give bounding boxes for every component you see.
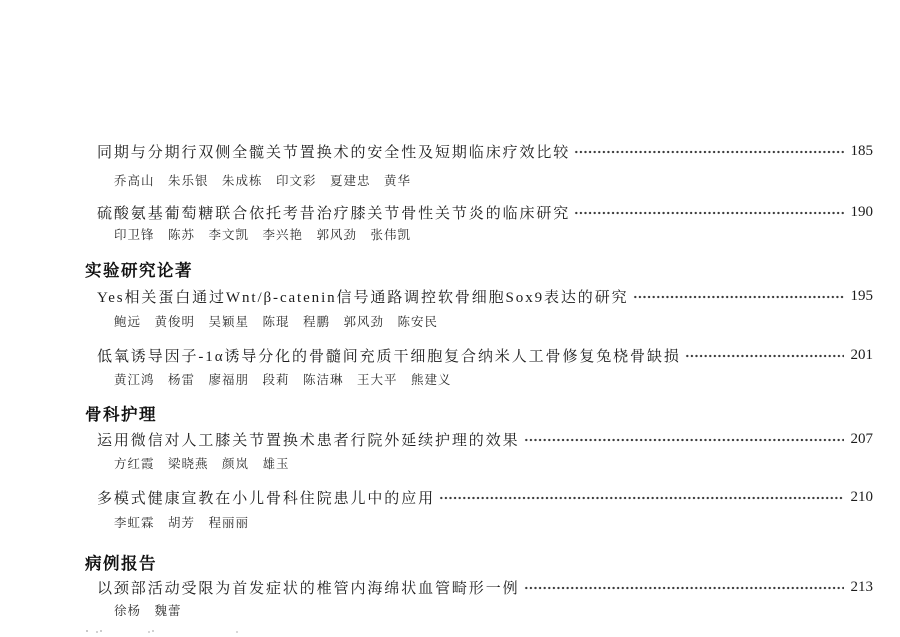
article-title: 低氧诱导因子-1α诱导分化的骨髓间充质干细胞复合纳米人工骨修复兔桡骨缺损 [97,345,681,366]
toc-entry-row: 多模式健康宣教在小儿骨科住院患儿中的应用 210 [97,486,873,508]
section-heading: 实验研究论著 [85,257,193,279]
dot-leader [439,486,843,508]
toc-entry-row: 以颈部活动受限为首发症状的椎管内海绵状血管畸形一例 213 [97,576,873,598]
article-title: 运用微信对人工膝关节置换术患者行院外延续护理的效果 [97,429,520,450]
dot-leader [685,344,844,366]
author-line: 徐杨 魏蕾 [114,601,182,619]
toc-page: 同期与分期行双侧全髋关节置换术的安全性及短期临床疗效比较 185 乔高山 朱乐银… [0,0,900,637]
toc-entry-row: 同期与分期行双侧全髋关节置换术的安全性及短期临床疗效比较 185 [97,140,873,162]
author-line: 乔高山 朱乐银 朱成栋 印文彩 夏建忠 黄华 [114,171,411,189]
dot-leader [633,285,844,307]
section-heading: 病例报告 [85,550,157,572]
author-line: 鲍远 黄俊明 吴颖星 陈琨 程鹏 郭风劲 陈安民 [114,312,438,330]
page-number: 201 [851,347,874,364]
dot-leader [524,428,844,450]
toc-entry-row: Yes相关蛋白通过Wnt/β-catenin信号通路调控软骨细胞Sox9表达的研… [97,285,873,307]
section-heading: 骨科护理 [85,401,157,423]
article-title: 硫酸氨基葡萄糖联合依托考昔治疗膝关节骨性关节炎的临床研究 [97,202,570,223]
author-line: 李虹霖 胡芳 程丽丽 [114,513,249,531]
toc-entry-row: 低氧诱导因子-1α诱导分化的骨髓间充质干细胞复合纳米人工骨修复兔桡骨缺损 201 [97,344,873,366]
toc-entry-row: 硫酸氨基葡萄糖联合依托考昔治疗膝关节骨性关节炎的临床研究 190 [97,201,873,223]
page-number: 185 [851,143,874,160]
page-number: 190 [851,204,874,221]
dot-leader [524,576,844,598]
article-title: 以颈部活动受限为首发症状的椎管内海绵状血管畸形一例 [97,577,520,598]
author-line: 黄江鸿 杨雷 廖福朋 段莉 陈洁琳 王大平 熊建义 [114,370,452,388]
author-line: 方红霞 梁晓燕 颜岚 雄玉 [114,454,290,472]
page-number: 213 [851,579,874,596]
toc-entry-row: 运用微信对人工膝关节置换术患者行院外延续护理的效果 207 [97,428,873,450]
dot-leader [574,140,843,162]
page-number: 210 [851,489,874,506]
page-number: 207 [851,431,874,448]
article-title: 多模式健康宣教在小儿骨科住院患儿中的应用 [97,487,435,508]
article-title: Yes相关蛋白通过Wnt/β-catenin信号通路调控软骨细胞Sox9表达的研… [97,286,629,307]
article-title: 同期与分期行双侧全髋关节置换术的安全性及短期临床疗效比较 [97,141,570,162]
bottom-cutoff-marks [86,630,88,632]
author-line: 印卫锋 陈苏 李文凯 李兴艳 郭风劲 张伟凯 [114,225,411,243]
page-number: 195 [851,288,874,305]
dot-leader [574,201,843,223]
